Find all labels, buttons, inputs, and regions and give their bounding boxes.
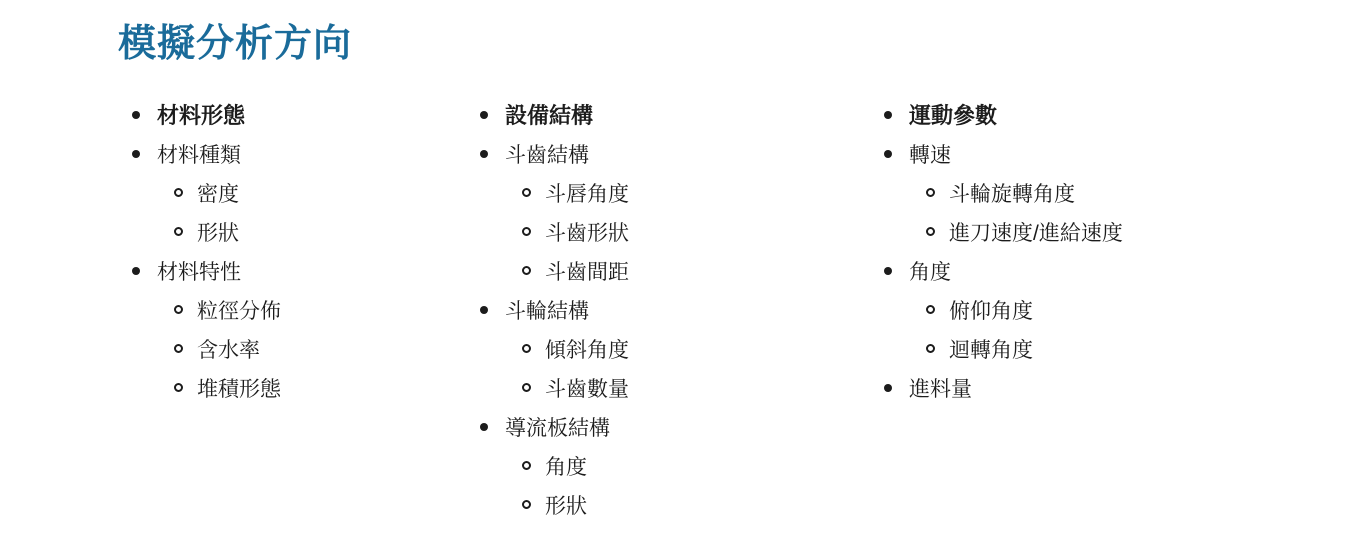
list-item: 轉速 <box>884 134 1314 173</box>
list-heading-row: 運動參數 <box>884 95 1314 134</box>
list-item: 形狀 <box>480 485 876 524</box>
column-motion-parameters: 運動參數 轉速 斗輪旋轉角度 進刀速度/進給速度 角度 俯仰角度 迴轉角度 進 <box>884 95 1314 407</box>
list-item: 斗唇角度 <box>480 173 876 212</box>
list-item: 斗輪結構 <box>480 290 876 329</box>
circle-bullet-icon <box>522 500 531 509</box>
list-item: 導流板結構 <box>480 407 876 446</box>
list-item-label: 斗齒間距 <box>545 256 629 286</box>
list-item-label: 進刀速度/進給速度 <box>949 217 1123 247</box>
list-item: 斗齒結構 <box>480 134 876 173</box>
disc-bullet-icon <box>480 150 488 158</box>
circle-bullet-icon <box>174 305 183 314</box>
list-item: 進刀速度/進給速度 <box>884 212 1314 251</box>
disc-bullet-icon <box>884 150 892 158</box>
disc-bullet-icon <box>480 111 488 119</box>
list-item: 角度 <box>480 446 876 485</box>
list-item-label: 斗齒結構 <box>505 139 589 169</box>
circle-bullet-icon <box>522 188 531 197</box>
column-material-form: 材料形態 材料種類 密度 形狀 材料特性 粒徑分佈 含水率 堆積形態 <box>132 95 472 407</box>
disc-bullet-icon <box>480 423 488 431</box>
circle-bullet-icon <box>926 344 935 353</box>
list-item-label: 進料量 <box>909 373 972 403</box>
circle-bullet-icon <box>522 461 531 470</box>
list-item: 密度 <box>132 173 472 212</box>
disc-bullet-icon <box>884 384 892 392</box>
list-item: 俯仰角度 <box>884 290 1314 329</box>
list-item: 斗齒間距 <box>480 251 876 290</box>
list-item-label: 斗唇角度 <box>545 178 629 208</box>
circle-bullet-icon <box>174 344 183 353</box>
list-item: 形狀 <box>132 212 472 251</box>
circle-bullet-icon <box>522 266 531 275</box>
list-item-label: 密度 <box>197 178 239 208</box>
list-item-label: 傾斜角度 <box>545 334 629 364</box>
list-item-label: 形狀 <box>197 217 239 247</box>
circle-bullet-icon <box>926 188 935 197</box>
disc-bullet-icon <box>480 306 488 314</box>
list-heading-row: 設備結構 <box>480 95 876 134</box>
list-item-label: 材料特性 <box>157 256 241 286</box>
disc-bullet-icon <box>884 267 892 275</box>
list-item-label: 含水率 <box>197 334 260 364</box>
list-item-label: 材料種類 <box>157 139 241 169</box>
disc-bullet-icon <box>132 111 140 119</box>
slide: 模擬分析方向 材料形態 材料種類 密度 形狀 材料特性 粒徑分佈 含水率 <box>0 0 1359 557</box>
disc-bullet-icon <box>884 111 892 119</box>
circle-bullet-icon <box>926 227 935 236</box>
list-item: 進料量 <box>884 368 1314 407</box>
list-item: 斗齒形狀 <box>480 212 876 251</box>
list-item: 材料種類 <box>132 134 472 173</box>
circle-bullet-icon <box>174 188 183 197</box>
circle-bullet-icon <box>522 383 531 392</box>
list-item: 傾斜角度 <box>480 329 876 368</box>
list-item-label: 斗齒數量 <box>545 373 629 403</box>
list-item-label: 粒徑分佈 <box>197 295 281 325</box>
disc-bullet-icon <box>132 267 140 275</box>
list-item: 粒徑分佈 <box>132 290 472 329</box>
list-item-label: 導流板結構 <box>505 412 610 442</box>
page-title: 模擬分析方向 <box>118 12 352 67</box>
list-item: 材料特性 <box>132 251 472 290</box>
list-item-label: 斗輪結構 <box>505 295 589 325</box>
list-item-label: 斗輪旋轉角度 <box>949 178 1075 208</box>
list-item-label: 轉速 <box>909 139 951 169</box>
circle-bullet-icon <box>522 344 531 353</box>
column-heading: 材料形態 <box>157 99 245 130</box>
list-item-label: 形狀 <box>545 490 587 520</box>
list-item-label: 斗齒形狀 <box>545 217 629 247</box>
column-heading: 設備結構 <box>505 99 593 130</box>
circle-bullet-icon <box>522 227 531 236</box>
list-item-label: 迴轉角度 <box>949 334 1033 364</box>
list-item-label: 堆積形態 <box>197 373 281 403</box>
list-item: 含水率 <box>132 329 472 368</box>
column-heading: 運動參數 <box>909 99 997 130</box>
column-equipment-structure: 設備結構 斗齒結構 斗唇角度 斗齒形狀 斗齒間距 斗輪結構 傾斜角度 斗齒數量 <box>480 95 876 524</box>
list-item: 角度 <box>884 251 1314 290</box>
list-item-label: 角度 <box>545 451 587 481</box>
list-item: 斗輪旋轉角度 <box>884 173 1314 212</box>
list-item: 迴轉角度 <box>884 329 1314 368</box>
list-heading-row: 材料形態 <box>132 95 472 134</box>
disc-bullet-icon <box>132 150 140 158</box>
list-item: 堆積形態 <box>132 368 472 407</box>
list-item-label: 俯仰角度 <box>949 295 1033 325</box>
list-item: 斗齒數量 <box>480 368 876 407</box>
list-item-label: 角度 <box>909 256 951 286</box>
circle-bullet-icon <box>174 227 183 236</box>
circle-bullet-icon <box>174 383 183 392</box>
circle-bullet-icon <box>926 305 935 314</box>
